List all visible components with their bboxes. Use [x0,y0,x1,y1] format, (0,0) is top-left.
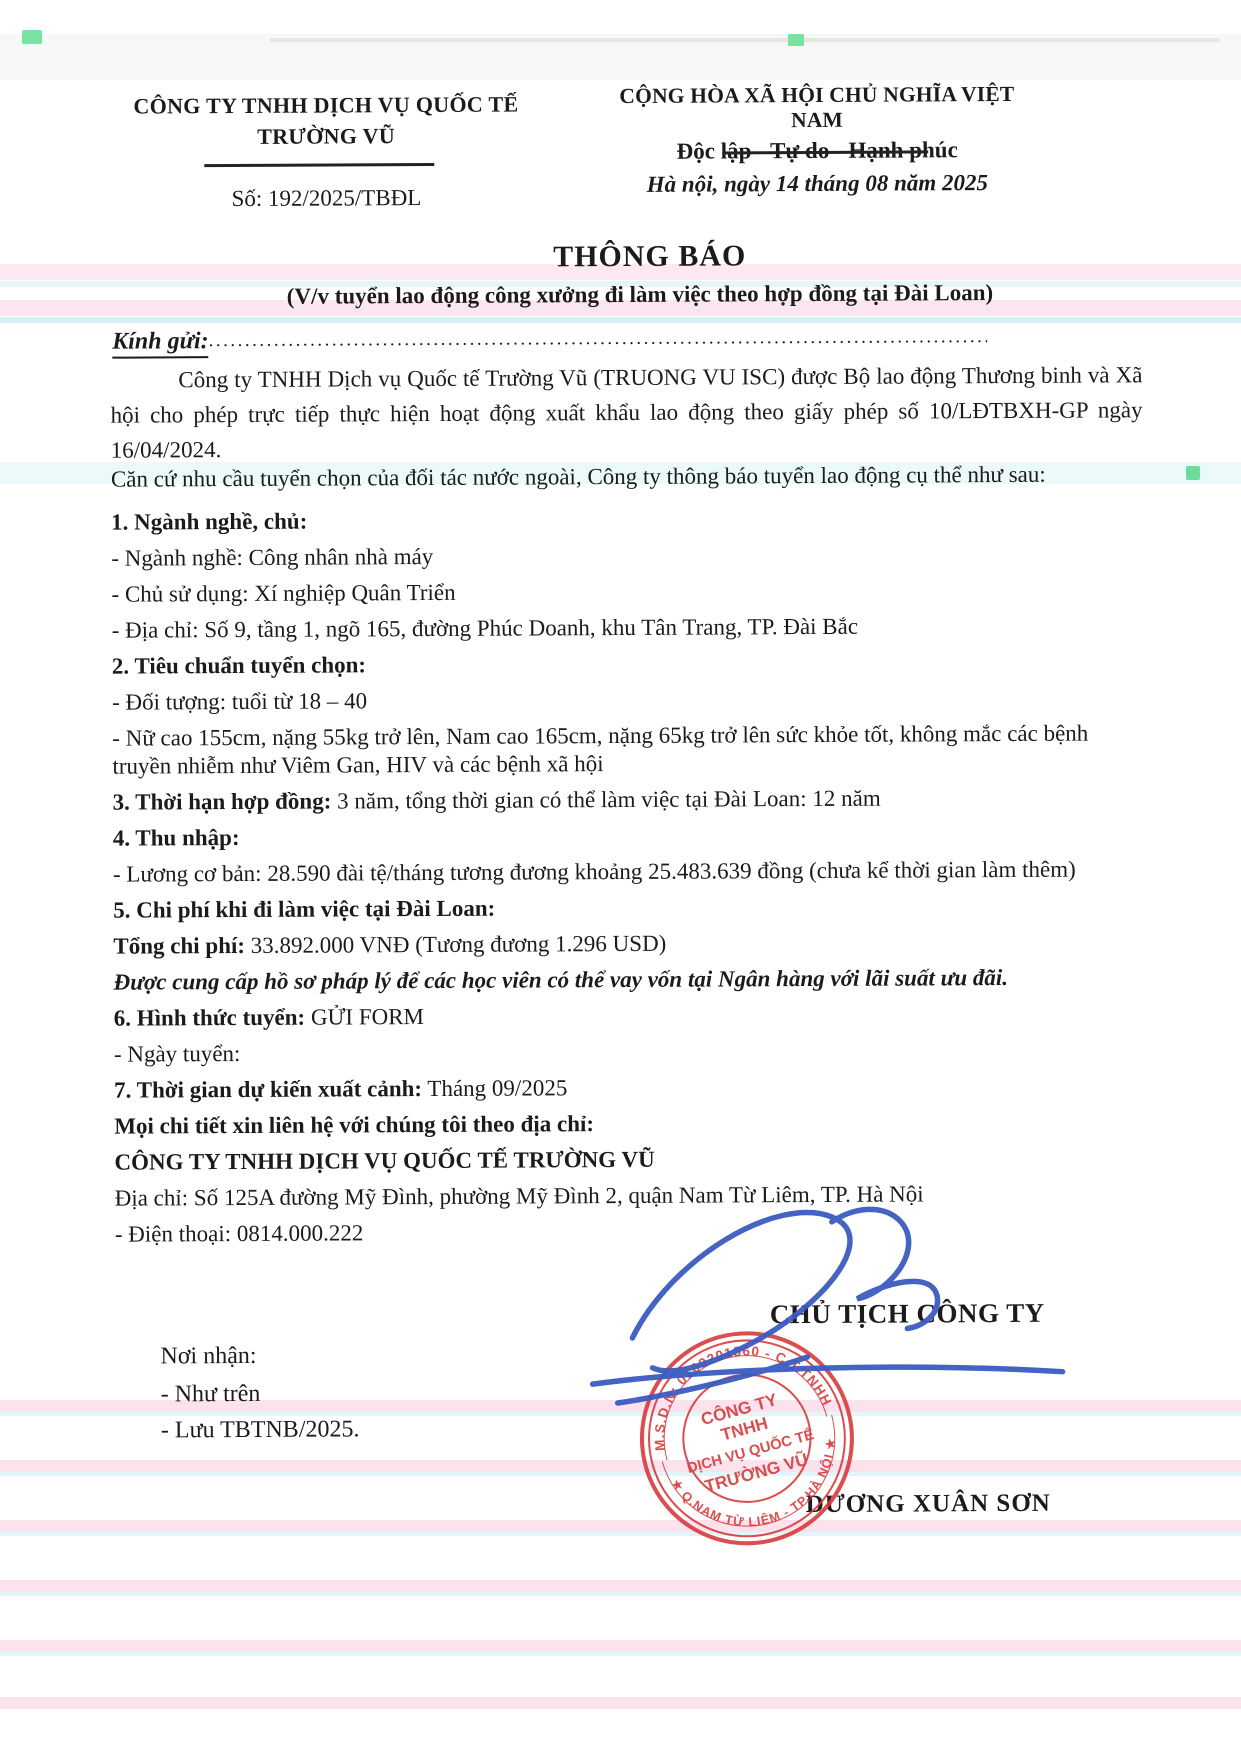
body-line-segment: - Nữ cao 155cm, nặng 55kg trở lên, Nam c… [112,721,1088,779]
body-line: Mọi chi tiết xin liên hệ với chúng tôi t… [114,1107,1146,1140]
company-name-line2: TRƯỜNG VŨ [126,119,526,152]
body-line: Tổng chi phí: 33.892.000 VNĐ (Tương đươn… [113,927,1145,960]
recipients-block: Nơi nhận: - Như trên- Lưu TBTNB/2025. [160,1337,359,1448]
document-number: Số: 192/2025/TBĐL [126,184,526,212]
document-content: CÔNG TY TNHH DỊCH VỤ QUỐC TẾ TRƯỜNG VŨ S… [0,0,1241,1755]
body-lines: 1. Ngành nghề, chủ:- Ngành nghề: Công nh… [111,503,1147,1256]
body-line-segment: 33.892.000 VNĐ (Tương đương 1.296 USD) [245,931,666,958]
body-line-segment: Tổng chi phí: [113,933,245,959]
body-line-segment: - Chủ sử dụng: Xí nghiệp Quân Triển [111,580,455,607]
header-divider [204,163,434,167]
signature-mark [577,1186,1078,1424]
company-name-line1: CÔNG TY TNHH DỊCH VỤ QUỐC TẾ [126,88,526,121]
body-line-segment: - Điện thoại: 0814.000.222 [115,1220,364,1246]
salutation-label: Kính gửi: [112,328,209,359]
recipients-list: - Như trên- Lưu TBTNB/2025. [161,1375,360,1448]
salutation-row: Kính gửi: ..............................… [112,324,987,359]
body-line: - Ngành nghề: Công nhân nhà máy [111,539,1143,572]
page-title: THÔNG BÁO [140,237,1160,276]
intro-paragraph: Căn cứ nhu cầu tuyển chọn của đối tác nư… [111,461,1143,492]
body-line: - Ngày tuyển: [114,1035,1146,1068]
body-line: 3. Thời hạn hợp đồng: 3 năm, tổng thời g… [113,783,1145,816]
body-line-segment: - Đối tượng: tuổi từ 18 – 40 [112,688,367,714]
body-line: - Địa chỉ: Số 9, tầng 1, ngõ 165, đường … [112,611,1144,644]
body-line-segment: - Ngày tuyển: [114,1041,241,1067]
recipient-item: - Lưu TBTNB/2025. [161,1411,360,1448]
recipient-item: - Như trên [161,1375,360,1412]
body-line-segment: 3. Thời hạn hợp đồng: [113,789,332,815]
body-line: - Đối tượng: tuổi từ 18 – 40 [112,683,1144,716]
body-line-segment: Mọi chi tiết xin liên hệ với chúng tôi t… [114,1111,594,1139]
body-line-segment: 2. Tiêu chuẩn tuyển chọn: [112,652,366,678]
body-line-segment: 3 năm, tổng thời gian có thể làm việc tạ… [331,786,880,814]
date-line: Hà nội, ngày 14 tháng 08 năm 2025 [594,170,1040,198]
body-line: - Nữ cao 155cm, nặng 55kg trở lên, Nam c… [112,719,1144,780]
body-line-segment: - Địa chỉ: Số 9, tầng 1, ngõ 165, đường … [112,614,858,643]
body-line: - Lương cơ bản: 28.590 đài tệ/tháng tươn… [113,855,1145,888]
body-line-segment: 7. Thời gian dự kiến xuất cảnh: [114,1076,422,1103]
body-line-segment: Được cung cấp hồ sơ pháp lý để các học v… [113,965,1008,995]
body-line-segment: 5. Chi phí khi đi làm việc tại Đài Loan: [113,896,495,923]
body-line: 6. Hình thức tuyển: GỬI FORM [114,999,1146,1032]
salutation-dotted-line: ........................................… [209,326,988,352]
body-line: 7. Thời gian dự kiến xuất cảnh: Tháng 09… [114,1071,1146,1104]
body-line-segment: Tháng 09/2025 [422,1075,567,1101]
body-line-segment: GỬI FORM [305,1004,424,1030]
document-page: CÔNG TY TNHH DỊCH VỤ QUỐC TẾ TRƯỜNG VŨ S… [0,0,1241,1755]
company-header: CÔNG TY TNHH DỊCH VỤ QUỐC TẾ TRƯỜNG VŨ [126,88,526,152]
body-line-segment: 6. Hình thức tuyển: [114,1005,306,1031]
body-line: 4. Thu nhập: [113,819,1145,852]
body-line-segment: - Lương cơ bản: 28.590 đài tệ/tháng tươn… [113,857,1076,887]
body-line: CÔNG TY TNHH DỊCH VỤ QUỐC TẾ TRƯỜNG VŨ [114,1143,1146,1176]
body-line-segment: 1. Ngành nghề, chủ: [111,509,307,535]
body-line: 2. Tiêu chuẩn tuyển chọn: [112,647,1144,680]
body-line: - Chủ sử dụng: Xí nghiệp Quân Triển [111,575,1143,608]
recipients-label: Nơi nhận: [160,1337,359,1374]
body-line: 1. Ngành nghề, chủ: [111,503,1143,536]
national-motto-line1: CỘNG HÒA XÃ HỘI CHỦ NGHĨA VIỆT NAM [594,82,1040,134]
intro-paragraph: Công ty TNHH Dịch vụ Quốc tế Trường Vũ (… [110,357,1143,467]
body-line-segment: - Ngành nghề: Công nhân nhà máy [111,544,433,571]
page-subtitle: (V/v tuyển lao động công xưởng đi làm vi… [130,279,1150,310]
body-line-segment: CÔNG TY TNHH DỊCH VỤ QUỐC TẾ TRƯỜNG VŨ [114,1147,654,1175]
body-line: 5. Chi phí khi đi làm việc tại Đài Loan: [113,891,1145,924]
body-line: Được cung cấp hồ sơ pháp lý để các học v… [113,963,1145,996]
body-line-segment: 4. Thu nhập: [113,825,240,851]
